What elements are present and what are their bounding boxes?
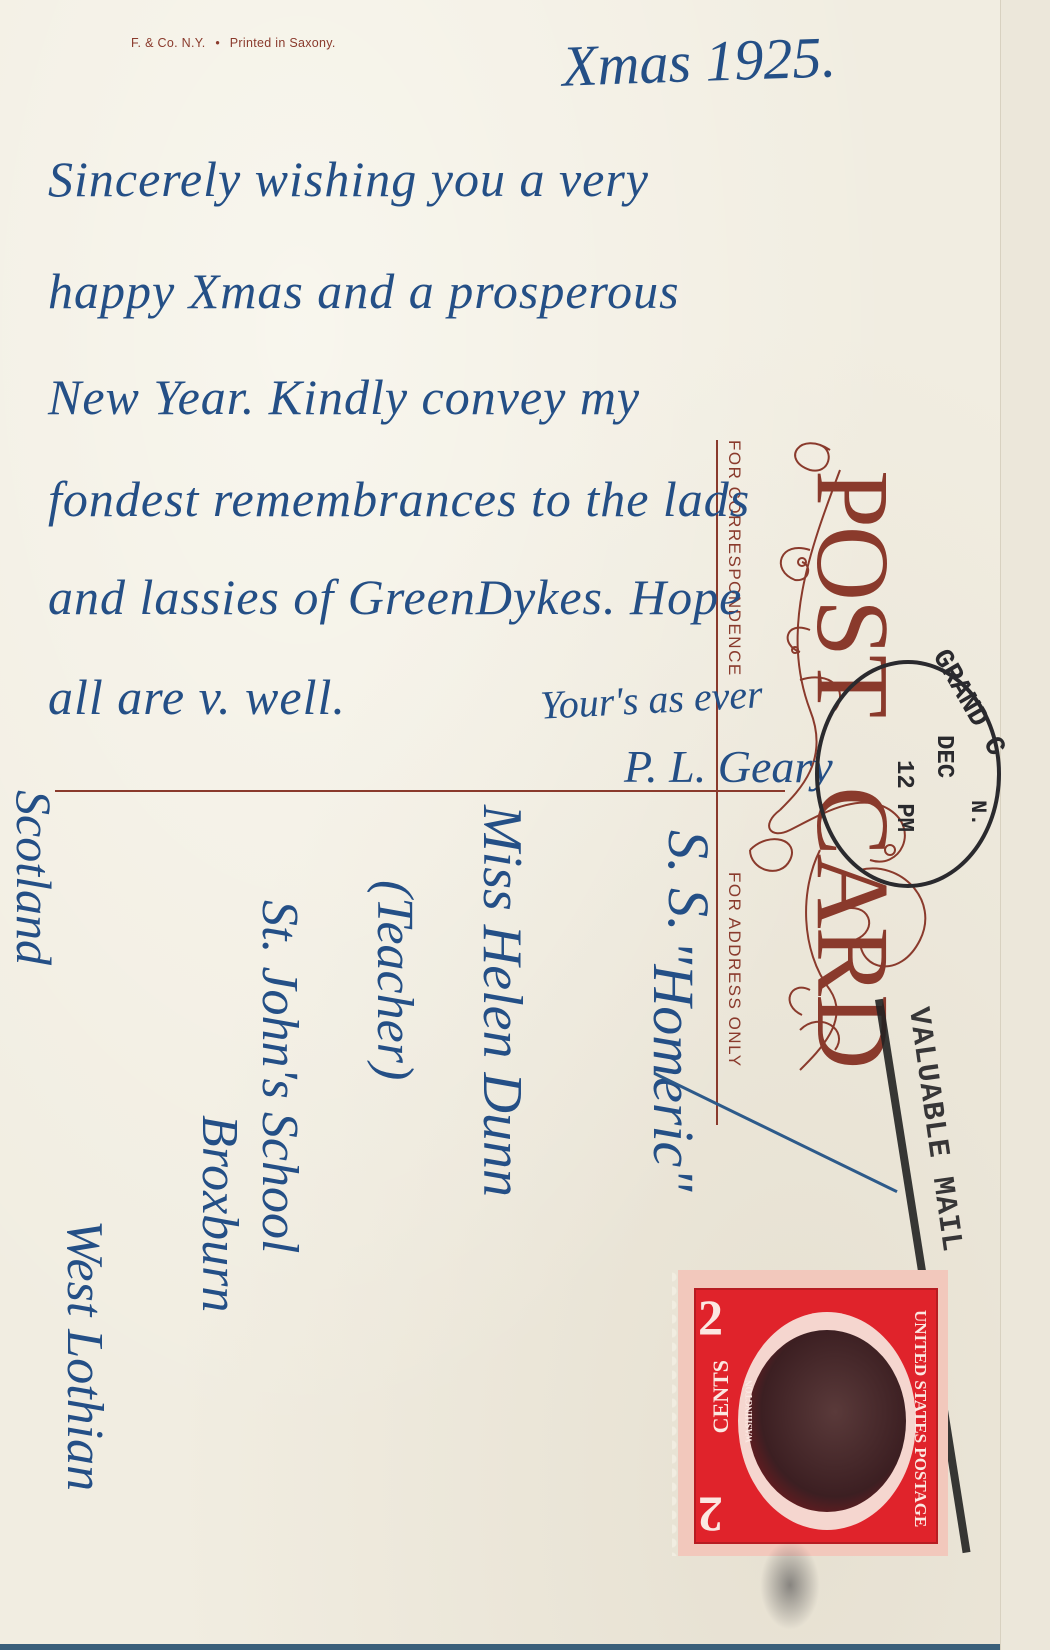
publisher-text: F. & Co. N.Y. — [131, 36, 206, 50]
address-label: FOR ADDRESS ONLY — [724, 872, 744, 1068]
separator-dot: • — [215, 36, 220, 50]
address-line-title: (Teacher) — [365, 880, 424, 1080]
message-closing: Your's as ever — [539, 670, 764, 729]
printed-in-text: Printed in Saxony. — [230, 36, 336, 50]
postmark-state: N. — [965, 800, 990, 826]
message-date: Xmas 1925. — [561, 23, 837, 100]
message-line: all are v. well. — [48, 668, 346, 726]
portrait-icon — [748, 1330, 906, 1512]
stamp-cents-label: CENTS — [708, 1360, 734, 1433]
stamp-country: UNITED STATES POSTAGE — [910, 1310, 930, 1527]
signature: P. L. Geary — [624, 740, 833, 793]
stamp-denomination: 2 — [698, 1490, 723, 1540]
ink-smudge — [760, 1540, 820, 1630]
postmark-month: DEC — [930, 735, 957, 778]
stamp-denomination: 2 — [698, 1292, 723, 1342]
postmark-time: 12 PM — [890, 760, 917, 832]
address-line-recipient: Miss Helen Dunn — [470, 805, 534, 1197]
stamp-perforation — [672, 1270, 682, 1556]
address-line-school: St. John's School — [250, 900, 309, 1253]
message-line: New Year. Kindly convey my — [48, 368, 640, 426]
stamp-frame: 2 2 CENTS UNITED STATES POSTAGE WASHINGT… — [694, 1288, 938, 1544]
printer-imprint: F. & Co. N.Y. • Printed in Saxony. — [131, 36, 336, 50]
message-line: fondest remembrances to the lads — [48, 470, 750, 528]
stamp-portrait-name: WASHINGTON — [744, 1380, 754, 1443]
address-line-town: Broxburn — [190, 1115, 249, 1312]
message-line: happy Xmas and a prosperous — [48, 262, 680, 320]
address-line-country: Scotland — [5, 790, 63, 965]
ship-prefix: S. S. — [655, 830, 722, 932]
message-line: Sincerely wishing you a very — [48, 150, 649, 208]
postcard-back: F. & Co. N.Y. • Printed in Saxony. POSTC… — [0, 0, 1001, 1650]
address-line-county: West Lothian — [55, 1220, 114, 1491]
postage-stamp: 2 2 CENTS UNITED STATES POSTAGE WASHINGT… — [678, 1270, 948, 1556]
ship-name: "Homeric" — [640, 940, 707, 1192]
message-line: and lassies of GreenDykes. Hope — [48, 568, 742, 626]
